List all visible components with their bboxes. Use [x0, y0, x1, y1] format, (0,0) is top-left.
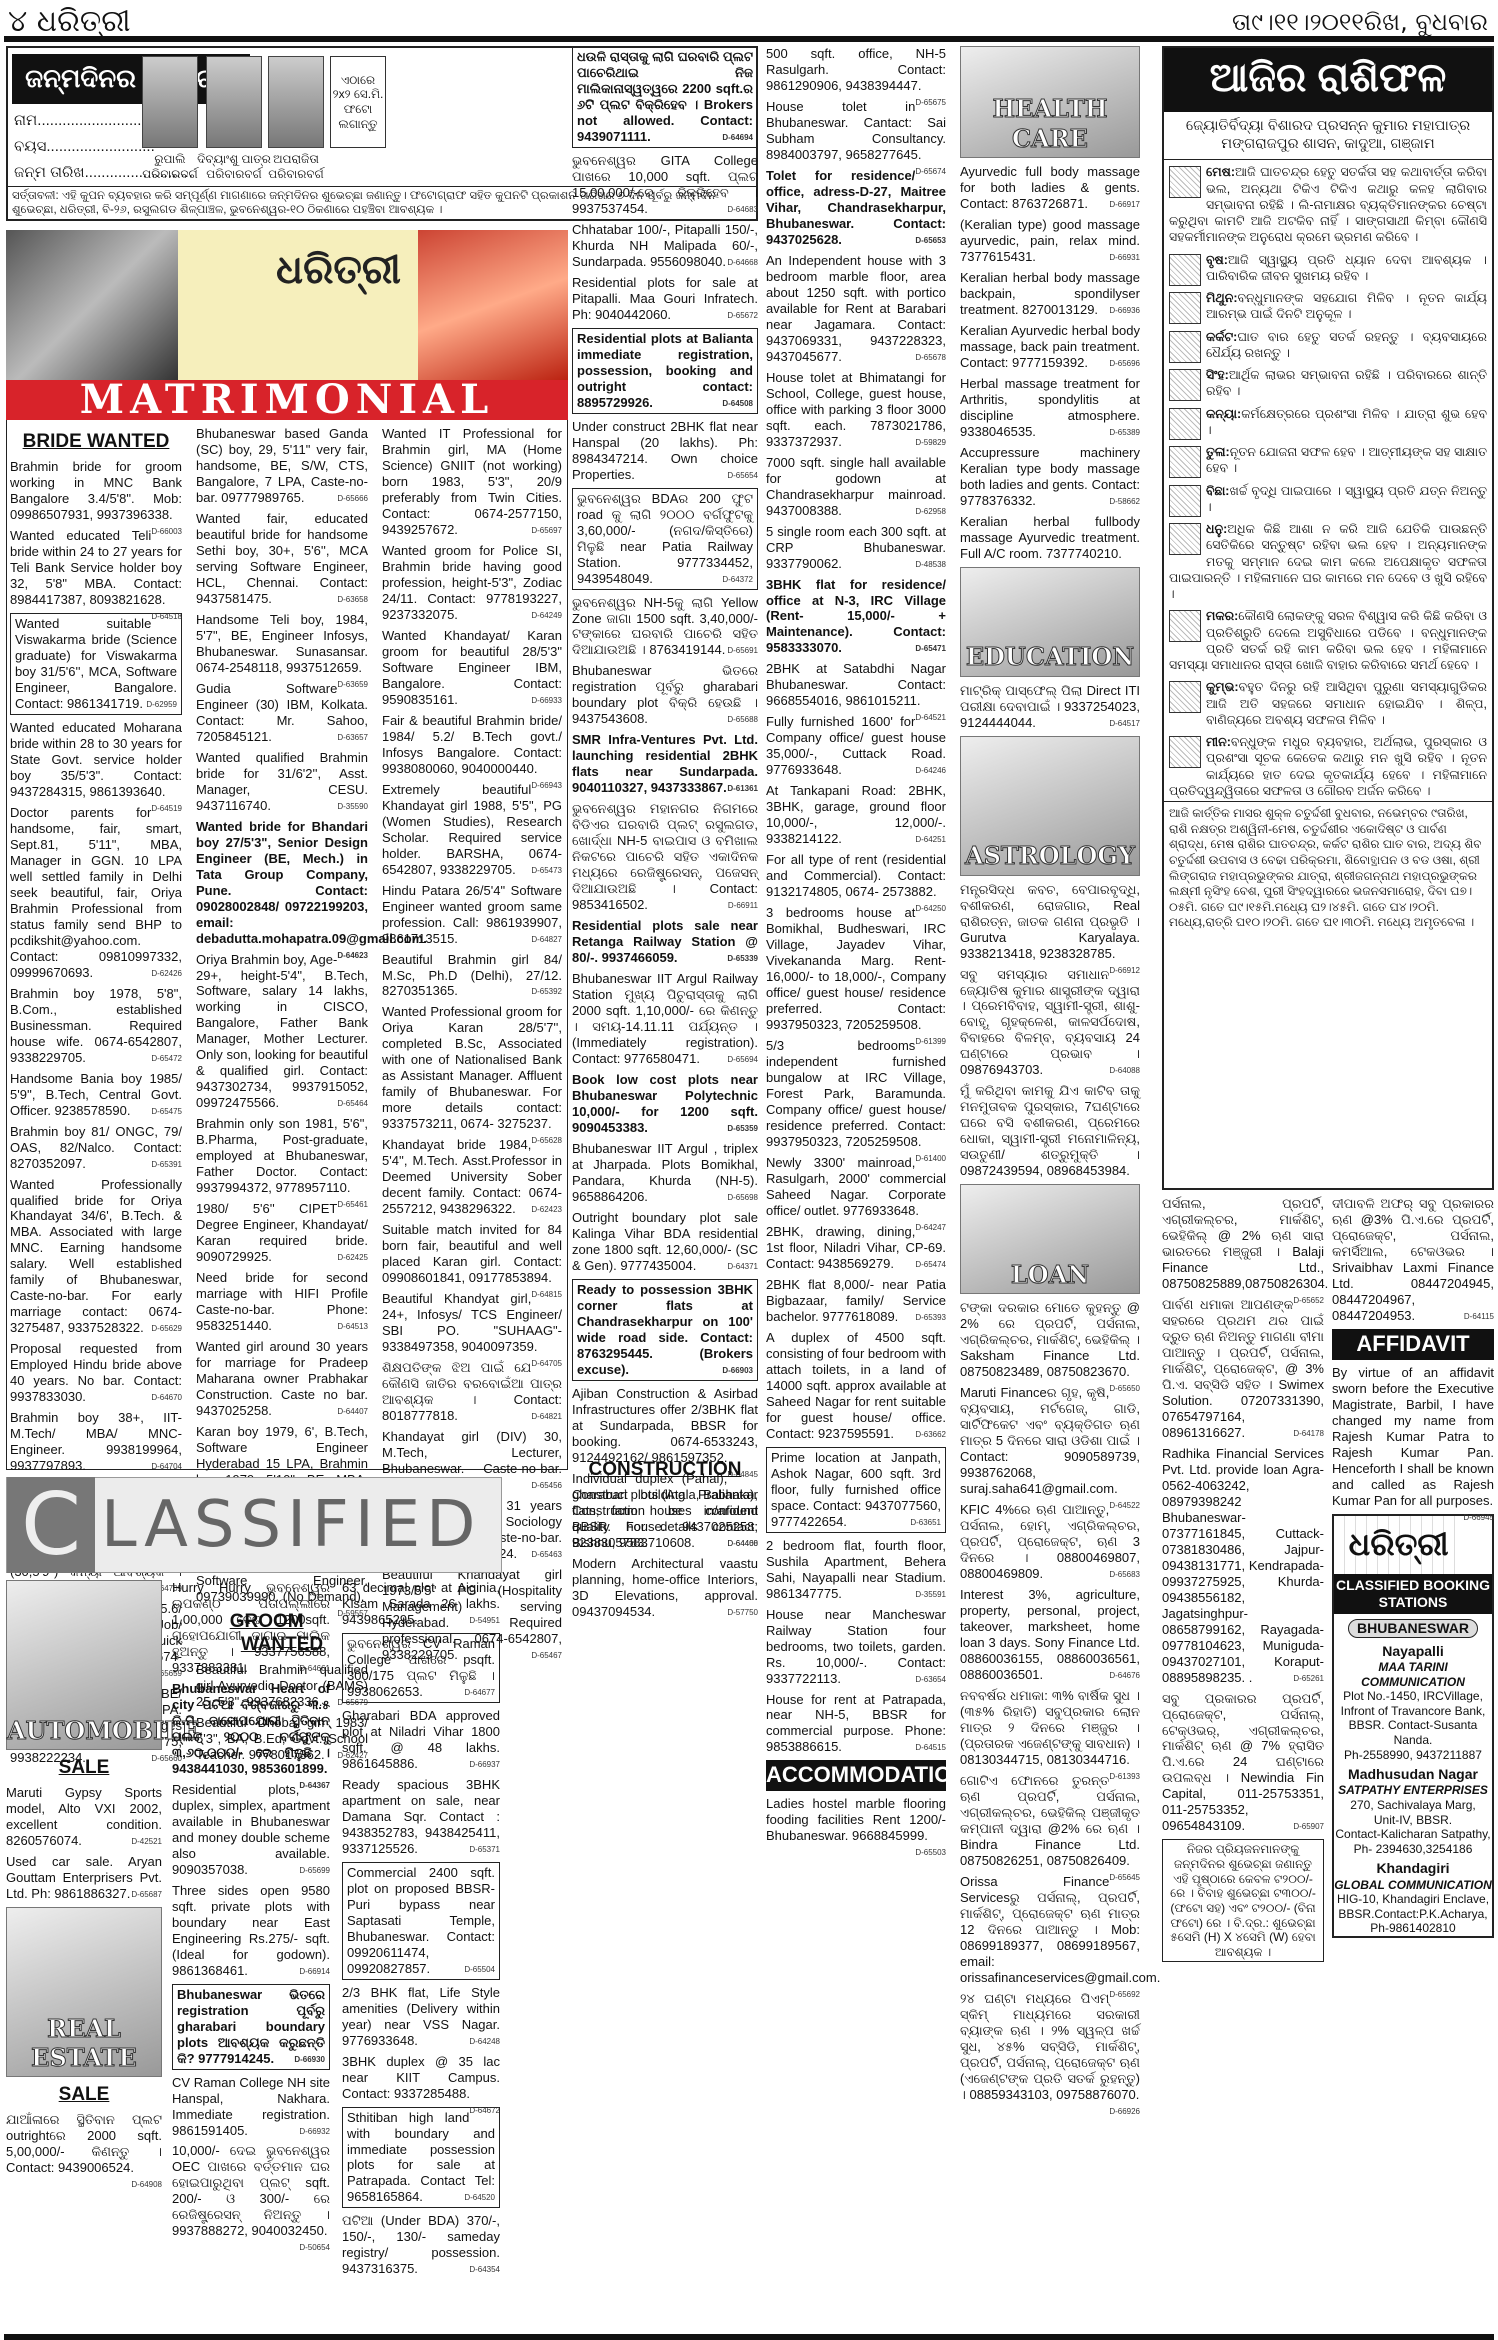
ad-code: D-48538	[915, 560, 946, 570]
bride-wanted-heading: BRIDE WANTED	[10, 430, 182, 453]
ad-code: D-66937	[469, 1760, 500, 1770]
ad-code: D-65672	[727, 311, 758, 321]
construction-heading: CONSTRUCTION	[572, 1458, 758, 1481]
classified-ad: Ladies hostel marble flooring fooding fa…	[766, 1796, 946, 1844]
education-image: EDUCATION	[960, 567, 1140, 677]
ad-code: D-61400	[915, 1154, 946, 1164]
ad-code: D-65907	[1293, 1822, 1324, 1832]
station-line: BBSR. Contact-Susanta Nanda.	[1334, 1718, 1492, 1747]
ad-code: D-64519	[151, 804, 182, 814]
classified-ad: Bhubaneswar Heart of city ପଟିଆ ବିଗ୍‌ବଜାର…	[172, 1681, 330, 1777]
sale-heading-2: SALE	[6, 2083, 162, 2106]
ad-text: Wanted educated Teli bride within 24 to …	[10, 528, 182, 607]
classified-ad: Modern Architectural vaastu planning, ho…	[572, 1556, 758, 1620]
classified-ad: Residential plots at Balianta immediate …	[572, 328, 758, 414]
horoscope-sign: ତୁଳା:ନୂତନ ଯୋଜନା ସଫଳ ହେବ । ଆତ୍ମୀୟଙ୍କ ସହ ସ…	[1164, 440, 1492, 479]
ad-code: D-64508	[722, 399, 753, 409]
horoscope-sign: ଧନୁ:ଅଧିକ କିଛି ଆଶା ନ କରି ଆଜି ଯେତିକି ପାଉଛନ…	[1164, 517, 1492, 604]
ad-code: D-65391	[151, 1160, 182, 1170]
ad-text: Commercial 2400 sqft. plot on proposed B…	[347, 1865, 495, 1976]
ad-code: D-65392	[531, 987, 562, 997]
ad-text: Wanted IT Professional for Brahmin girl,…	[382, 426, 562, 537]
ad-code: D-65683	[1109, 1570, 1140, 1580]
ad-code: D-63659	[337, 680, 368, 690]
station-area: Khandagiri	[1334, 1860, 1492, 1877]
booking-heading: CLASSIFIED BOOKING STATIONS	[1334, 1574, 1492, 1614]
horoscope-sign: ମୀନ:ବନ୍ଧୁଙ୍କ ମଧୁର ବ୍ୟବହାର, ଅର୍ଥଲାଭ, ପୁରସ…	[1164, 730, 1492, 801]
classified-ad: House tolet at Bhimatangi for School, Co…	[766, 370, 946, 450]
ad-code: D-64251	[915, 835, 946, 845]
ad-text: 5/3 bedrooms independent furnished bunga…	[766, 1038, 946, 1149]
classified-ad: Keralian herbal body massage backpain, s…	[960, 270, 1140, 318]
ad-text: Brahmin bride for groom working in MNC B…	[10, 459, 182, 522]
ad-code: D-66903	[722, 1366, 753, 1376]
ad-code: D-64520	[464, 2193, 495, 2203]
classified-ad: SMR Infra-Ventures Pvt. Ltd. launching r…	[572, 732, 758, 796]
ad-text: Three sides open 9580 sqft. private plot…	[172, 1883, 330, 1978]
classified-ad: Hurry Hurry ଭୁବନେଶ୍ୱର ଉପକଣ୍ଠ ପିତାପଲ୍ଲୀରେ…	[172, 1580, 330, 1676]
loan-column-3: ଦୀପାବଳି ଅଫର୍ ସବୁ ପ୍ରକାରର ଋଣ @3% ପି.ଏ.ରେ …	[1332, 1196, 1494, 1938]
classified-col-2: Hurry Hurry ଭୁବନେଶ୍ୱର ଉପକଣ୍ଠ ପିତାପଲ୍ଲୀରେ…	[172, 1580, 330, 2253]
astrologer-byline: ଜ୍ୟୋତିର୍ବିଦ୍ୟା ବିଶାରଦ ପ୍ରସନ୍ନ କୁମାର ମହାପ…	[1164, 112, 1492, 160]
ad-code: D-65691	[727, 646, 758, 656]
ad-code: D-66931	[1109, 253, 1140, 263]
ad-code: D-62423	[531, 1205, 562, 1215]
classified-ad: House for rent at Patrapada, near NH-5, …	[766, 1692, 946, 1756]
classified-ad: Doctor parents for handsome, fair, smart…	[10, 805, 182, 981]
station-line: HIG-10, Khandagiri Enclave,	[1334, 1892, 1492, 1907]
classified-ad: ପର୍ସନାଲ, ପ୍ରପର୍ଟି, ଏଗ୍ରୀକଲ୍ଚର, ମାର୍କଶିଟ୍…	[1162, 1196, 1324, 1292]
classified-banner: C LASSIFIED	[6, 1477, 502, 1573]
dharitri-logo: ଧରିତ୍ରୀ	[276, 246, 401, 295]
classified-ad: Wanted girl around 30 years for marriage…	[196, 1339, 368, 1419]
station-line: Contact-Kalicharan Satpathy,	[1334, 1827, 1492, 1842]
ad-code: D-61399	[915, 1037, 946, 1047]
classified-ad: Wanted Khandayat/ Karan groom for beauti…	[382, 628, 562, 708]
ad-text: Wanted Professional groom for Oriya Kara…	[382, 1004, 562, 1131]
classified-ad: Residential plots for sale at Pitapalli.…	[572, 275, 758, 323]
ad-code: D-66926	[1109, 2107, 1140, 2117]
ad-text: An Independent house with 3 bedroom marb…	[766, 253, 946, 364]
classified-ad: Handsome Bania boy 1985/ 5'9'', B.Tech, …	[10, 1071, 182, 1119]
construction-column: CONSTRUCTIONConstruct building Prabhakar…	[572, 1454, 758, 1625]
ad-text: Wanted fair, educated beautiful bride fo…	[196, 511, 368, 606]
classified-ad: Brahmin bride for groom working in MNC B…	[10, 459, 182, 523]
ad-code: D-65474	[915, 1260, 946, 1270]
horoscope-sign: ମକର:କୌଣସି ଲୋକଙ୍କୁ ସରଳ ବିଶ୍ୱାସ କରି କିଛି କ…	[1164, 604, 1492, 675]
station-firm: GLOBAL COMMUNICATION	[1334, 1878, 1492, 1893]
classified-ad: Three sides open 9580 sqft. private plot…	[172, 1883, 330, 1979]
classified-ad: 10,000/- ଦେଇ ଭୁବନେଶ୍ୱର OEC ପାଖରେ ବର୍ତ୍ତମ…	[172, 2143, 330, 2239]
ad-code: D-65650	[1109, 1384, 1140, 1394]
classified-ad: Wanted suitable Viswakarma bride (Scienc…	[10, 613, 182, 715]
ad-code: D-65359	[727, 1124, 758, 1134]
ad-code: D-65456	[531, 1481, 562, 1491]
wedding-photo	[6, 230, 178, 380]
classified-letter: C	[7, 1477, 95, 1573]
classified-ad: Ayurvedic full body massage for both lad…	[960, 164, 1140, 212]
ad-code: D-50654	[299, 2243, 330, 2253]
classified-text: LASSIFIED	[95, 1486, 481, 1564]
classified-ad: Brahmin boy 38+, IIT- M.Tech/ MBA/ MNC- …	[10, 1410, 182, 1474]
ad-text: Beautiful Khandyat girl, 24+, Infosys/ T…	[382, 1291, 562, 1354]
ad-text: ଯାଆଁଳାରେ ସ୍ଥିତିବାନ ପ୍ଲଟ outrightରେ 2000 …	[6, 2112, 162, 2175]
classified-ad: CV Raman College NH site Hanspal, Nakhar…	[172, 2075, 330, 2139]
classified-ad: Residential plots sale near Retanga Rail…	[572, 918, 758, 966]
ad-code: D-64670	[151, 1393, 182, 1403]
bride-photo	[418, 230, 568, 380]
ad-text: Hurry Hurry ଭୁବନେଶ୍ୱର ଉପକଣ୍ଠ ପିତାପଲ୍ଲୀରେ…	[172, 1580, 330, 1675]
classified-ad: Wanted educated Teli bride within 24 to …	[10, 528, 182, 608]
ad-code: D-65697	[531, 526, 562, 536]
classified-ad: Keralian herbal fullbody massage Ayurved…	[960, 514, 1140, 562]
ad-text: ମୁଁ କରିଥିବା କାମକୁ ଯିଏ କାଟିବ ତାକୁ ମନମୁତାବ…	[960, 1083, 1140, 1178]
ad-text: ସବୁ ସମସ୍ୟାର ସମାଧାନ ଜ୍ୟୋତିଷ କୁମାର ଶାସ୍ତ୍ର…	[960, 967, 1140, 1078]
classified-ad: ଭୁବନେଶ୍ୱର GITA College ପାଖରେ 10,000 sqft…	[572, 153, 758, 217]
classified-ad: Gudia Software Engineer (30) IBM, Kolkat…	[196, 681, 368, 745]
ad-code: D-35591	[915, 1590, 946, 1600]
ad-code: D-66003	[151, 527, 182, 537]
ad-text: ଦୀପାବଳି ଅଫର୍ ସବୁ ପ୍ରକାରର ଋଣ @3% ପି.ଏ.ରେ …	[1332, 1196, 1494, 1323]
ad-code: D-64672	[469, 2106, 500, 2116]
classified-ad: Fully furnished 1600' for Company office…	[766, 714, 946, 778]
ad-text: Extremely beautiful Khandayat girl 1988,…	[382, 782, 562, 877]
ad-code: D-65339	[727, 954, 758, 964]
ad-code: D-64815	[531, 1290, 562, 1300]
classified-ad: Wanted educated Moharana bride within 28…	[10, 720, 182, 800]
classified-ad: Beautiful Brahmin girl 84/ M.Sc, Ph.D (D…	[382, 952, 562, 1000]
photo-slot: ଏଠାରେ ୨x୨ ସେ.ମି. ଫଟୋ ଲଗାନ୍ତୁ	[330, 56, 386, 148]
classified-ad: Brahmin boy 1978, 5'8", B.Com., establis…	[10, 986, 182, 1066]
ad-code: D-59829	[915, 438, 946, 448]
ad-code: D-64676	[1109, 1671, 1140, 1681]
classified-ad: Accupressure machinery Keralian type bod…	[960, 445, 1140, 509]
health-care-image: HEALTH CARE	[960, 46, 1140, 158]
ad-code: D-65654	[727, 471, 758, 481]
ad-text: Orissa Finance Servicesରୁ ପର୍ସନାଲ୍, ପ୍ରପ…	[960, 1874, 1160, 1985]
classified-ad: Wanted bride for Bhandari boy 27/5'3", S…	[196, 819, 368, 947]
ad-code: D-64668	[727, 258, 758, 268]
classified-ad: KFIC 4%ରେ ଋଣ ପାଆନ୍ତୁ, ପର୍ସନାଲ, ହୋମ୍, ଏଗ୍…	[960, 1502, 1140, 1582]
classified-ad: Maruti Gypsy Sports model, Alto VXI 2002…	[6, 1785, 162, 1849]
classified-ad: ଭୁବନେଶ୍ୱର ମହାନଗର ନିଗମରେ ବିଡିଏର ଘରବାରି ପ୍…	[572, 801, 758, 913]
horoscope-sign: କନ୍ୟା:କର୍ମକ୍ଷେତ୍ରରେ ପ୍ରଶଂସା ମିଳିବ । ଯାତ୍…	[1164, 402, 1492, 441]
ad-text: Interest 3%, agriculture, property, pers…	[960, 1587, 1140, 1682]
sale-heading: SALE	[6, 1756, 162, 1779]
birthday-photo-2	[206, 56, 262, 148]
classified-ad: Bhubaneswar IIT Argul , triplex at Jharp…	[572, 1141, 758, 1205]
ad-code: D-61361	[727, 784, 758, 794]
ad-code: D-61393	[1109, 1772, 1140, 1782]
classified-ad: ଯାଆଁଳାରେ ସ୍ଥିତିବାନ ପ୍ଲଟ outrightରେ 2000 …	[6, 2112, 162, 2176]
ad-text: 2BHK at Satabdhi Nagar Bhubaneswar. Cont…	[766, 661, 946, 708]
ad-code: D-66943	[531, 781, 562, 791]
ad-code: D-64522	[1109, 1501, 1140, 1511]
classified-ad: Wanted groom for Police SI, Brahmin brid…	[382, 543, 562, 623]
ad-code: D-63651	[910, 1518, 941, 1528]
ad-text: Brahmin only son 1981, 5'6", B.Pharma, P…	[196, 1116, 368, 1195]
ad-text: ନବବର୍ଷର ଧମାକା: ୩% ବାର୍ଷିକ ସୁଧ । (୩୫% ରିହ…	[960, 1688, 1140, 1767]
classified-ad: ଟଙ୍କା ଦରକାର ମୋତେ କୁହନ୍ତୁ @ 2% ରେ ପ୍ରପର୍ଟ…	[960, 1300, 1140, 1380]
ad-code: D-63658	[337, 595, 368, 605]
classified-ad: 2BHK at Satabdhi Nagar Bhubaneswar. Cont…	[766, 661, 946, 709]
classified-col-3: 63 decimal plot at Aiginia, Kisam Sarada…	[342, 1580, 500, 2282]
classified-ad: Maruti Financeର ଗୃହ, କୃଷି, ବ୍ୟବସାୟ, ମର୍ଟ…	[960, 1385, 1140, 1497]
ad-code: D-66933	[531, 696, 562, 706]
loan-image: LOAN	[960, 1184, 1140, 1294]
ad-text: Newly 3300' mainroad, Rasulgarh, 2000' c…	[766, 1155, 946, 1218]
classified-ad: Bhubaneswar ଭିତରେ registration ପୂର୍ବରୁ g…	[172, 1984, 330, 2070]
page-date: ତା୯।୧୧।୨୦୧୧ରିଖ, ବୁଧବାର	[1232, 8, 1488, 37]
ad-code: D-65699	[299, 1866, 330, 1876]
station-line: Unit-IV, BBSR.	[1334, 1813, 1492, 1828]
ad-code: D-65463	[531, 1550, 562, 1560]
ad-code: D-64248	[469, 2037, 500, 2047]
ad-code: D-64694	[722, 133, 753, 143]
ad-code: D-65371	[469, 1845, 500, 1855]
ad-code: D-64827	[531, 935, 562, 945]
zodiac-icon	[1169, 331, 1201, 363]
ad-code: D-65628	[531, 1136, 562, 1146]
ad-code: D-65687	[131, 1890, 162, 1900]
classified-ad: Extremely beautiful Khandayat girl 1988,…	[382, 782, 562, 878]
classified-ad: Prime location at Janpath, Ashok Nagar, …	[766, 1447, 946, 1533]
ad-text: Handsome Teli boy, 1984, 5'7", BE, Engin…	[196, 612, 368, 675]
ad-text: ସବୁ ପ୍ରକାରର ପ୍ରପର୍ଟି, ପ୍ରୋଜେକ୍ଟ, ପର୍ସନାଲ…	[1162, 1691, 1324, 1834]
classified-ad: A duplex of 4500 sqft. consisting of fou…	[766, 1330, 946, 1442]
ad-code: D-65261	[1293, 1674, 1324, 1684]
ad-code: D-65694	[727, 1055, 758, 1065]
horoscope-sign: ବିଛା:ଖର୍ଚ୍ଚ ବୃଦ୍ଧି ପାଇପାରେ । ସ୍ୱାସ୍ଥ୍ୟ ପ…	[1164, 479, 1492, 518]
ad-code: D-66930	[294, 2055, 325, 2065]
dharitri-logo: ଧରିତ୍ରୀ	[1334, 1516, 1463, 1574]
ad-code: D-65389	[1109, 428, 1140, 438]
ad-code: D-66914	[299, 1967, 330, 1977]
ad-code: D-58662	[1109, 497, 1140, 507]
ad-code: D-64683	[727, 205, 758, 215]
classified-ad: Used car sale. Aryan Gouttam Enterpriser…	[6, 1854, 162, 1902]
ad-text: Oriya Brahmin boy, Age-29+, height-5'4",…	[196, 952, 368, 1111]
ad-code: D-65653	[915, 236, 946, 246]
matrimonial-heading: MATRIMONIAL	[6, 380, 568, 420]
top-rule	[4, 36, 1494, 42]
classified-ad: Beautiful Khandyat girl, 24+, Infosys/ T…	[382, 1291, 562, 1355]
ad-code: D-64247	[915, 1223, 946, 1233]
classified-ad: Proposal requested from Employed Hindu b…	[10, 1341, 182, 1405]
ad-text: Residential plots, duplex, simplex, apar…	[172, 1782, 330, 1877]
classified-ad: Wanted fair, educated beautiful bride fo…	[196, 511, 368, 607]
ad-code: D-64677	[464, 1688, 495, 1698]
name-field: ନାମ...........................	[14, 112, 150, 130]
classified-col-1: AUTOMOBILE SALE Maruti Gypsy Sports mode…	[6, 1580, 162, 2190]
ad-text: ଟଙ୍କା ଦରକାର ମୋତେ କୁହନ୍ତୁ @ 2% ରେ ପ୍ରପର୍ଟ…	[960, 1300, 1140, 1379]
ad-code: D-64705	[531, 1359, 562, 1369]
ad-text: Radhika Financial Services Pvt. Ltd. pro…	[1162, 1446, 1324, 1685]
station-area: Nayapalli	[1334, 1643, 1492, 1660]
ad-code: D-65674	[915, 167, 946, 177]
ad-code: D-64517	[1109, 719, 1140, 729]
classified-ad: Bhubaneswar IIT Argul Railway Station ମୁ…	[572, 971, 758, 1067]
classified-ad: ଭୁବନେଶ୍ୱର NH-5କୁ ଲାଗି Yellow Zone ଜାଗା 1…	[572, 595, 758, 659]
horoscope-box: ଆଜିର ରାଶିଫଳ ଜ୍ୟୋତିର୍ବିଦ୍ୟା ବିଶାରଦ ପ୍ରସନ୍…	[1162, 46, 1494, 1190]
ad-code: D-57750	[727, 1608, 758, 1618]
ad-code: D-65393	[915, 1313, 946, 1323]
ad-code: D-64408	[727, 1539, 758, 1549]
classified-ad: Oriya Brahmin boy, Age-29+, height-5'4",…	[196, 952, 368, 1112]
ad-code: D-64521	[915, 713, 946, 723]
zodiac-icon	[1169, 446, 1201, 478]
horoscope-list: ମେଷ:ଆଜି ଘାତଚନ୍ଦ୍ର ହେତୁ ସତର୍କତା ସହ କଥାବାର…	[1164, 160, 1492, 801]
horoscope-sign: ମେଷ:ଆଜି ଘାତଚନ୍ଦ୍ର ହେତୁ ସତର୍କତା ସହ କଥାବାର…	[1164, 160, 1492, 247]
classified-ad: 3 bedrooms house at Bomikhal, Budheswari…	[766, 905, 946, 1033]
classified-ad: 3BHK flat for residence/ office at N-3, …	[766, 577, 946, 657]
ad-code: D-64250	[915, 904, 946, 914]
classified-ad: Residential plots, duplex, simplex, apar…	[172, 1782, 330, 1878]
horoscope-sign: କର୍କଟ:ଘାତ ବାର ହେତୁ ସତର୍କ ରହନ୍ତୁ । ବ୍ୟବସା…	[1164, 325, 1492, 364]
ad-code: D-65678	[915, 353, 946, 363]
ad-code: D-65629	[151, 1324, 182, 1334]
ad-code: D-65504	[464, 1965, 495, 1975]
zodiac-icon	[1169, 681, 1201, 713]
ad-code: D-64908	[131, 2180, 162, 2190]
accommodation-heading: ACCOMMODATION	[766, 1760, 946, 1791]
ad-text: A duplex of 4500 sqft. consisting of fou…	[766, 1330, 946, 1441]
ad-code: D-65471	[915, 644, 946, 654]
zodiac-icon	[1169, 292, 1201, 324]
classified-ad: ଶିକ୍ଷପତିଙ୍କ ଝିଅ ପାଇଁ ଯେ କୌଣସି ଜାତିର ବରବୋ…	[382, 1360, 562, 1424]
classified-ad: Wanted Professional groom for Oriya Kara…	[382, 1004, 562, 1132]
ad-code: D-42521	[131, 1837, 162, 1847]
ad-code: D-64623	[337, 951, 368, 961]
ad-code: D-65472	[151, 1054, 182, 1064]
station-line: Ph- 2394630,3254186	[1334, 1842, 1492, 1857]
classified-ad: 2BHK flat 8,000/- near Patia Bigbazaar, …	[766, 1277, 946, 1325]
classified-ad: ୨୪ ଘଣ୍ଟା ମଧ୍ୟରେ ପିଏମ୍ ସ୍କିମ୍ ମାଧ୍ୟମରେ ସର…	[960, 1991, 1140, 2103]
ad-code: D-65467	[531, 1651, 562, 1661]
panchang: ଆଜି କାର୍ତ୍ତିକ ମାସର ଶୁକ୍ଳ ଚତୁର୍ଦ୍ଦଶୀ ବୁଧବ…	[1164, 801, 1492, 935]
station-line: Ph-2558990, 9437211887	[1334, 1748, 1492, 1763]
matrimonial-banner: ଧରିତ୍ରୀ	[6, 230, 568, 380]
station-line: Plot No.-1450, IRCVillage,	[1334, 1689, 1492, 1704]
classified-ad: ଭୁବନେଶ୍ୱର CV Raman College ପାଖରେ psqft. …	[342, 1633, 500, 1703]
classified-ad: ଗୋଟିଏ ଫୋନରେ ତୁରନ୍ତ ଋଣ ପ୍ରପର୍ଟି, ପର୍ସନାଲ,…	[960, 1773, 1140, 1869]
classified-ad: Suitable match invited for 84 born fair,…	[382, 1222, 562, 1286]
classified-ad: 2 bedroom flat, fourth floor, Sushila Ap…	[766, 1538, 946, 1602]
ad-code: D-66932	[299, 2127, 330, 2137]
ad-code: D-65645	[1109, 1873, 1140, 1883]
ad-text: Maruti Financeର ଗୃହ, କୃଷି, ବ୍ୟବସାୟ, ମର୍ଟ…	[960, 1385, 1140, 1496]
horoscope-sign: ସିଂହ:ଆର୍ଥିକ ଲାଭର ସମ୍ଭାବନା ରହିଛି । ପରିବାର…	[1164, 363, 1492, 402]
station-area: Madhusudan Nagar	[1334, 1766, 1492, 1783]
classified-ad: ପାର୍ବଣ ଧମାକା ଆପଣଙ୍କ ସହରରେ ପ୍ରଥମ ଥର ପାଇଁ …	[1162, 1297, 1324, 1441]
ad-code: D-64704	[151, 1462, 182, 1472]
classified-ad: 5/3 bedrooms independent furnished bunga…	[766, 1038, 946, 1150]
ad-code: D-63654	[915, 1675, 946, 1685]
zodiac-icon	[1169, 369, 1201, 401]
affidavit-heading: AFFIDAVIT	[1332, 1329, 1494, 1360]
ad-text: Fair & beautiful Brahmin bride/ 1984/ 5.…	[382, 713, 562, 776]
classified-ad: Brahmin boy 81/ ONGC, 79/ OAS, 82/Nalco.…	[10, 1124, 182, 1172]
ad-text: Ladies hostel marble flooring fooding fa…	[766, 1796, 946, 1843]
classified-ad: Fair & beautiful Brahmin bride/ 1984/ 5.…	[382, 713, 562, 777]
ad-code: D-65698	[727, 1193, 758, 1203]
classified-ad: Tolet for residence/ office, adress-D-27…	[766, 168, 946, 248]
birthday-price-notice: ନିଜର ପ୍ରିୟଜନମାନଙ୍କୁ ଜନ୍ମଦିନର ଶୁଭେଚ୍ଛା ଜଣ…	[1162, 1839, 1324, 1962]
ad-code: D-65696	[1109, 359, 1140, 369]
ad-text: Doctor parents for handsome, fair, smart…	[10, 805, 182, 980]
bottom-rule	[4, 2334, 1494, 2340]
ad-code: D-64249	[531, 611, 562, 621]
classified-ad: Interest 3%, agriculture, property, pers…	[960, 1587, 1140, 1683]
ad-code: D-64088	[1109, 1066, 1140, 1076]
classified-ad: 2/3 BHK flat, Life Style amenities (Deli…	[342, 1985, 500, 2049]
zodiac-icon	[1169, 254, 1201, 286]
classified-ad: Ready to possession 3BHK corner flats at…	[572, 1279, 758, 1381]
ad-text: ମନ୍ତ୍ରସିଦ୍ଧ କବଚ, ବେପାରବୃଦ୍ଧି, ବଶୀକରଣ, ରୋ…	[960, 882, 1140, 961]
classified-ad: House near Mancheswar Railway Station fo…	[766, 1607, 946, 1687]
rent-column: 500 sqft. office, NH-5 Rasulgarh. Contac…	[766, 46, 946, 1858]
classified-ad: Ready spacious 3BHK apartment on sale, n…	[342, 1777, 500, 1857]
birthday-photo-3	[268, 56, 324, 148]
classified-ad: ମାଟ୍ରିକ୍ ପାସ୍‌ଫେଲ୍ ପିଲା Direct ITI ପରୀକ୍…	[960, 683, 1140, 731]
classified-ad: House tolet in Bhubaneswar. Cantact: Sai…	[766, 99, 946, 163]
photo-caption-3: ଅପରାଜିତାପରିବାରବର୍ଗ	[256, 152, 336, 181]
ad-text: For all type of rent (residential and Co…	[766, 852, 946, 899]
ad-code: D-65461	[337, 1200, 368, 1210]
ad-text: ପର୍ସନାଲ, ପ୍ରପର୍ଟି, ଏଗ୍ରୀକଲ୍ଚର, ମାର୍କଶିଟ୍…	[1162, 1196, 1328, 1291]
classified-ad: Bhubaneswar ଭିତରେ registration ପୂର୍ବରୁ g…	[572, 663, 758, 727]
ad-code: D-35590	[337, 802, 368, 812]
automobile-image: AUTOMOBILE	[6, 1580, 162, 1750]
classified-ad: ମୁଁ କରିଥିବା କାମକୁ ଯିଏ କାଟିବ ତାକୁ ମନମୁତାବ…	[960, 1083, 1140, 1179]
ad-text: 3BHK duplex @ 35 lac near KIIT Campus. C…	[342, 2054, 500, 2101]
ad-text: Bhubaneswar Heart of city ପଟିଆ ବିଗ୍‌ବଜାର…	[172, 1681, 330, 1776]
ad-text: ଭୁବନେଶ୍ୱର ମହାନଗର ନିଗମରେ ବିଡିଏର ଘରବାରି ପ୍…	[572, 801, 758, 912]
ad-text: Bhubaneswar IIT Argul Railway Station ମୁ…	[572, 971, 758, 1066]
classified-ad: Chhatabar 100/-, Pitapalli 150/-, Khurda…	[572, 222, 758, 270]
classified-ad: Gharabari BDA approved plot at Niladri V…	[342, 1708, 500, 1772]
ad-code: D-65475	[151, 1107, 182, 1117]
ad-code: D-64246	[915, 766, 946, 776]
classified-ad: Orissa Finance Servicesରୁ ପର୍ସନାଲ୍, ପ୍ରପ…	[960, 1874, 1140, 1986]
zodiac-icon	[1169, 485, 1201, 517]
real-estate-image: REAL ESTATE	[6, 1907, 162, 2077]
classified-ad: 500 sqft. office, NH-5 Rasulgarh. Contac…	[766, 46, 946, 94]
station-line: BBSR.Contact:P.K.Acharya,	[1334, 1907, 1492, 1922]
ad-code: D-66936	[1109, 306, 1140, 316]
classified-ad: ଧଉଳି ରାସ୍ତାକୁ ଲାଗି ଘରବାରି ପ୍ଲଟ ପାଚେରିଥାଇ…	[572, 46, 758, 148]
classified-ad: Outright boundary plot sale Kalinga Viha…	[572, 1210, 758, 1274]
ad-text: 3 bedrooms house at Bomikhal, Budheswari…	[766, 905, 946, 1032]
classified-ad: Commercial 2400 sqft. plot on proposed B…	[342, 1862, 500, 1980]
ad-code: D-65464	[337, 1099, 368, 1109]
ad-text: Ready to possession 3BHK corner flats at…	[577, 1282, 753, 1377]
classified-ad: Construct building Prabhakar Constructio…	[572, 1487, 758, 1551]
ad-code: D-64372	[722, 575, 753, 585]
classified-ad: Hindu Patara 26/5'4" Software Engineer w…	[382, 883, 562, 947]
classified-ad: At Tankapani Road: 2BHK, 3BHK, garage, g…	[766, 783, 946, 847]
classified-ad: Need bride for second marriage with HIFI…	[196, 1270, 368, 1334]
services-column: HEALTH CARE Ayurvedic full body massage …	[960, 46, 1140, 2116]
ad-code: D-64367	[299, 1781, 330, 1791]
classified-ad: ଭୁବନେଶ୍ୱର BDAର 200 ଫୁଟ road କୁ ଲାଗି ୨୦୦୦…	[572, 488, 758, 590]
ad-code: D-65688	[727, 715, 758, 725]
ad-code: D-64407	[337, 1407, 368, 1417]
ad-code: D-65503	[915, 1848, 946, 1858]
classified-ad: Radhika Financial Services Pvt. Ltd. pro…	[1162, 1446, 1324, 1686]
ad-code: D-65675	[915, 98, 946, 108]
classified-ad: Brahmin only son 1981, 5'6", B.Pharma, P…	[196, 1116, 368, 1196]
